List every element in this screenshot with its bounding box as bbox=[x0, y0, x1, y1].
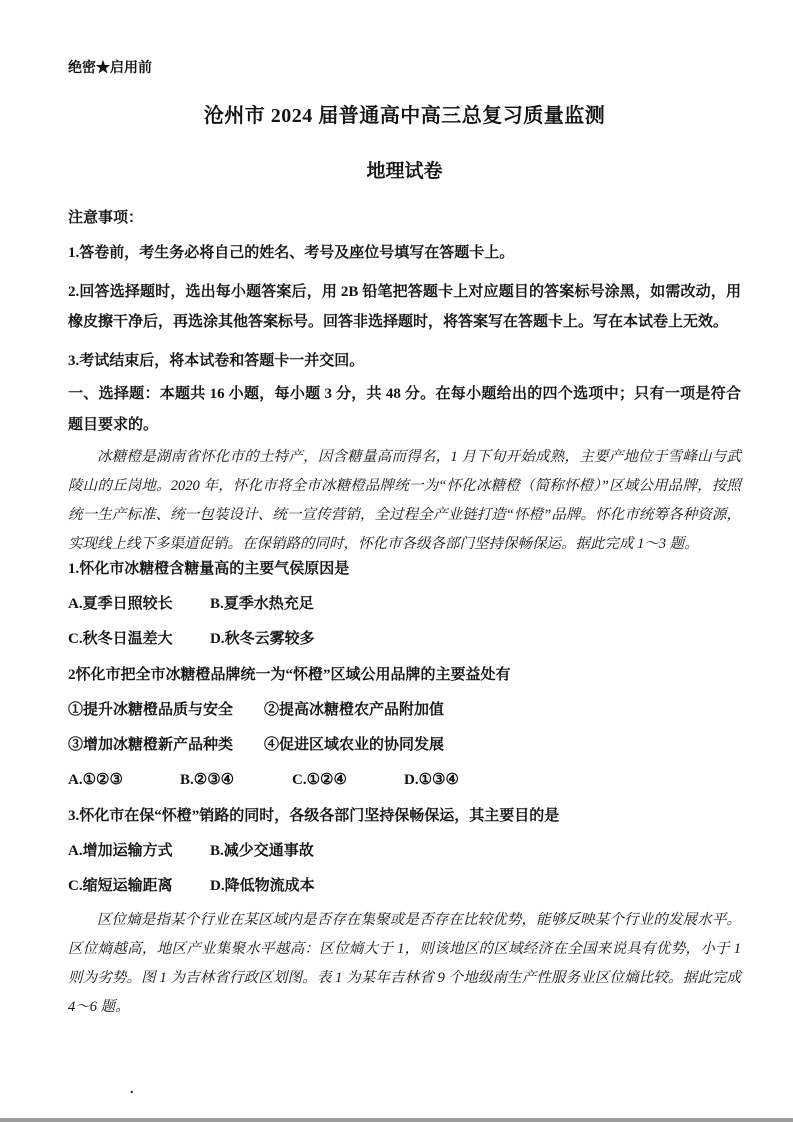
option-c: C.①②④ bbox=[292, 770, 404, 791]
option-a: A.①②③ bbox=[68, 770, 180, 791]
statement-2: ②提高冰糖橙农产品附加值 bbox=[264, 700, 444, 721]
section-heading-choice-questions: 一、选择题：本题共 16 小题，每小题 3 分，共 48 分。在每小题给出的四个… bbox=[68, 379, 741, 441]
option-a: A.夏季日照较长 bbox=[68, 594, 210, 615]
option-b: B.减少交通事故 bbox=[210, 841, 314, 862]
reading-passage-citrus: 冰糖橙是湖南省怀化市的土特产，因含糖量高而得名，1 月下旬开始成熟，主要产地位于… bbox=[68, 443, 741, 559]
option-a: A.增加运输方式 bbox=[68, 841, 210, 862]
question-3-options-row-cd: C.缩短运输距离 D.降低物流成本 bbox=[68, 876, 741, 897]
question-3-options-row-ab: A.增加运输方式 B.减少交通事故 bbox=[68, 841, 741, 862]
question-1-options-row-ab: A.夏季日照较长 B.夏季水热充足 bbox=[68, 594, 741, 615]
question-1-stem: 1.怀化市冰糖橙含糖量高的主要气侯原因是 bbox=[68, 559, 741, 580]
classification-label: 绝密★启用前 bbox=[68, 62, 741, 76]
statement-3: ③增加冰糖橙新产品种类 bbox=[68, 735, 264, 756]
question-1-options-row-cd: C.秋冬日温差大 D.秋冬云雾较多 bbox=[68, 629, 741, 650]
notice-item-3: 3.考试结束后，将本试卷和答题卡一并交回。 bbox=[68, 350, 741, 372]
question-2-statements-row-12: ①提升冰糖橙品质与安全 ②提高冰糖橙农产品附加值 bbox=[68, 700, 741, 721]
option-d: D.①③④ bbox=[404, 770, 459, 791]
exam-title: 沧州市 2024 届普通高中高三总复习质量监测 bbox=[68, 102, 741, 130]
question-3: 3.怀化市在保“怀橙”销路的同时，各级各部门坚持保畅保运，其主要目的是 A.增加… bbox=[68, 806, 741, 897]
option-c: C.缩短运输距离 bbox=[68, 876, 210, 897]
statement-4: ④促进区域农业的协同发展 bbox=[264, 735, 444, 756]
question-2-stem: 2怀化市把全市冰糖橙品牌统一为“怀橙”区域公用品牌的主要益处有 bbox=[68, 665, 741, 686]
question-1: 1.怀化市冰糖橙含糖量高的主要气侯原因是 A.夏季日照较长 B.夏季水热充足 C… bbox=[68, 559, 741, 650]
option-b: B.夏季水热充足 bbox=[210, 594, 314, 615]
subject-title: 地理试卷 bbox=[68, 158, 741, 185]
notice-heading: 注意事项： bbox=[68, 207, 741, 229]
question-2-options-row: A.①②③ B.②③④ C.①②④ D.①③④ bbox=[68, 770, 741, 791]
page-bottom-edge bbox=[0, 1118, 793, 1122]
option-c: C.秋冬日温差大 bbox=[68, 629, 210, 650]
question-3-stem: 3.怀化市在保“怀橙”销路的同时，各级各部门坚持保畅保运，其主要目的是 bbox=[68, 806, 741, 827]
option-d: D.秋冬云雾较多 bbox=[210, 629, 315, 650]
notice-item-2: 2.回答选择题时，选出每小题答案后，用 2B 铅笔把答题卡上对应题目的答案标号涂… bbox=[68, 277, 741, 337]
question-2-statements-row-34: ③增加冰糖橙新产品种类 ④促进区域农业的协同发展 bbox=[68, 735, 741, 756]
reading-passage-location-quotient: 区位熵是指某个行业在某区域内是否存在集聚或是否存在比较优势，能够反映某个行业的发… bbox=[68, 906, 741, 1022]
question-2: 2怀化市把全市冰糖橙品牌统一为“怀橙”区域公用品牌的主要益处有 ①提升冰糖橙品质… bbox=[68, 665, 741, 791]
notice-item-1: 1.答卷前，考生务必将自己的姓名、考号及座位号填写在答题卡上。 bbox=[68, 242, 741, 264]
option-b: B.②③④ bbox=[180, 770, 292, 791]
statement-1: ①提升冰糖橙品质与安全 bbox=[68, 700, 264, 721]
option-d: D.降低物流成本 bbox=[210, 876, 315, 897]
exam-paper-page: 绝密★启用前 沧州市 2024 届普通高中高三总复习质量监测 地理试卷 注意事项… bbox=[0, 0, 793, 1122]
stray-mark: . bbox=[130, 1083, 134, 1097]
